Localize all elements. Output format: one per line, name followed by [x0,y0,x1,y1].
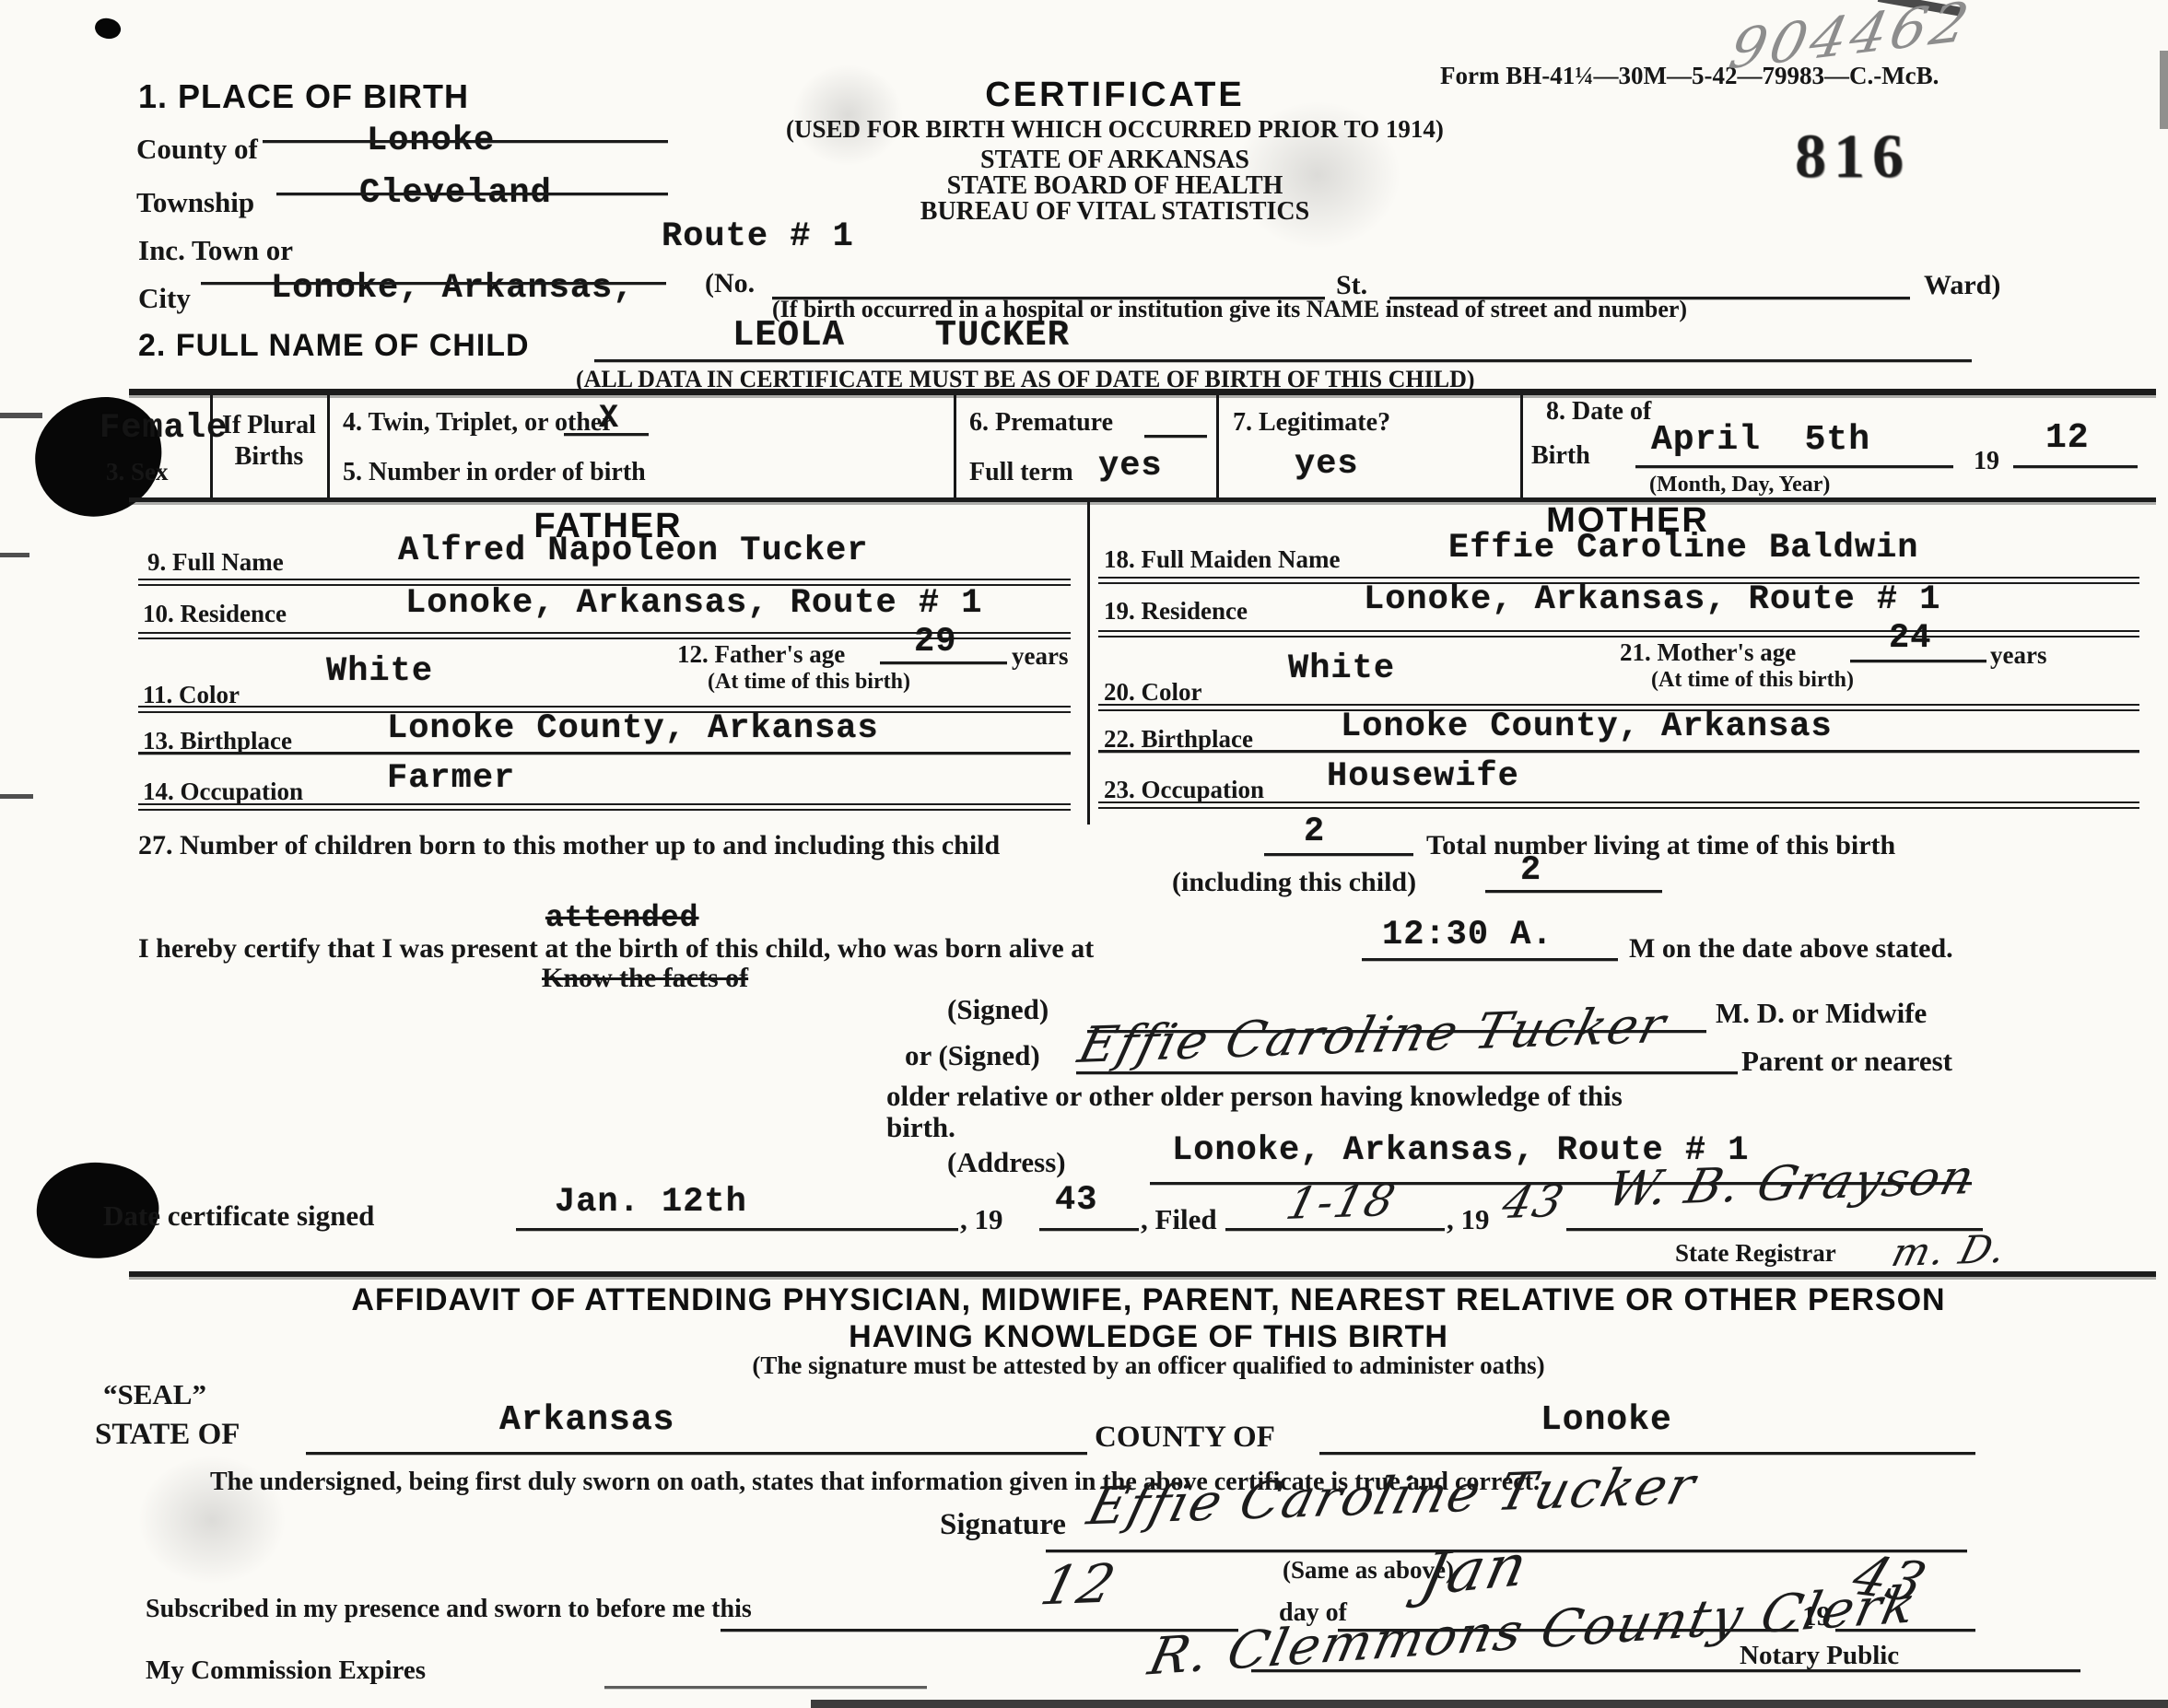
scan-margin-dash [0,553,29,557]
twin-label: 4. Twin, Triplet, or other [343,409,614,436]
mother-name-label: 18. Full Maiden Name [1104,546,1341,572]
registrar-md-script: m. D. [1888,1229,2011,1273]
child-name-label: 2. FULL NAME OF CHILD [138,330,530,363]
filed-label: , Filed [1141,1205,1217,1235]
twin-underline [564,433,649,436]
child-name-value: LEOLA TUCKER [732,317,1070,355]
county-underline [263,140,668,143]
section-rule [129,497,2156,502]
mother-birthplace-value: Lonoke County, Arkansas [1341,709,1833,745]
seal-label: “SEAL” [103,1380,206,1410]
certify-statement-tail: M on the date above stated. [1629,934,1953,964]
place-of-birth-heading: 1. PLACE OF BIRTH [138,79,469,114]
state-line: STATE OF ARKANSAS [700,146,1529,173]
county-of-value: Lonoke [1541,1402,1672,1439]
scan-bottom-band [811,1700,2168,1708]
certificate-title: CERTIFICATE [700,77,1529,114]
parent-note-line2: older relative or other older person hav… [886,1082,1623,1112]
child-name-underline [594,359,1972,362]
scan-margin-dash [0,413,42,418]
mother-color-value: White [1288,651,1395,687]
township-label: Township [136,188,254,218]
certificate-number-stamp: 816 [1795,123,1911,189]
premature-label: 6. Premature [969,409,1113,436]
dob-value: April 5th [1651,422,1870,459]
birth-time-underline [1362,958,1618,961]
notary-public-label: Notary Public [1740,1642,1899,1669]
struck-know-the-facts: Know the facts of [542,964,748,993]
birth-order-label: 5. Number in order of birth [343,459,646,485]
father-occupation-underline [138,803,1071,811]
or-signed-label: or (Signed) [905,1041,1040,1071]
inc-town-label: Inc. Town or [138,236,293,266]
parent-note-right: Parent or nearest [1741,1047,1952,1077]
bureau-line: BUREAU OF VITAL STATISTICS [700,198,1529,225]
state-of-label: STATE OF [95,1419,240,1451]
affidavit-title-line1: AFFIDAVIT OF ATTENDING PHYSICIAN, MIDWIF… [129,1284,2168,1317]
no-label: (No. [705,269,755,298]
mother-residence-underline [1098,630,2139,638]
parent-signature: Effie Caroline Tucker [1073,1000,1672,1072]
dob-birth-label: Birth [1531,442,1590,469]
signed-year-prefix: , 19 [960,1205,1003,1235]
dob-year-prefix: 19 [1974,448,1999,474]
including-label: (including this child) [1172,868,1416,897]
legitimate-label: 7. Legitimate? [1233,409,1390,436]
father-name-value: Alfred Napoleon Tucker [398,533,868,569]
mother-occupation-value: Housewife [1327,759,1519,795]
month-script: Jan [1415,1535,1534,1607]
filed-year-prefix: , 19 [1447,1205,1490,1235]
column-divider [1087,502,1090,825]
state-of-underline [306,1452,1087,1455]
father-age-underline [880,661,1007,664]
signed-year-value: 43 [1055,1183,1097,1219]
signature-label: Signature [940,1509,1066,1541]
state-registrar-label: State Registrar [1675,1240,1836,1266]
mother-residence-label: 19. Residence [1104,598,1248,624]
mother-occupation-label: 23. Occupation [1104,777,1264,802]
scan-edge-mark [2160,51,2168,129]
father-occupation-value: Farmer [387,761,515,797]
children-count-label: 27. Number of children born to this moth… [138,831,1000,860]
affidavit-title-line2: HAVING KNOWLEDGE OF THIS BIRTH [129,1321,2168,1354]
box-divider [327,395,330,497]
affidavit-rule [129,1271,2156,1277]
father-age-suffix: years [1012,643,1068,669]
commission-expires-label: My Commission Expires [146,1656,426,1684]
box-divider [1216,395,1219,497]
mother-age-suffix: years [1990,642,2046,668]
father-birthplace-underline [138,752,1071,755]
or-signed-underline [1076,1071,1738,1074]
including-value: 2 [1520,853,1541,889]
father-color-label: 11. Color [143,682,240,708]
filed-value: 1-18 [1282,1177,1401,1227]
county-label: County of [136,135,258,165]
signed-year-underline [1039,1228,1139,1231]
date-signed-label: Date certificate signed [103,1201,374,1232]
father-color-value: White [326,654,433,690]
mother-age-underline [1850,660,1986,662]
dob-year-underline [2013,465,2138,468]
date-signed-value: Jan. 12th [555,1185,747,1221]
birth-time-value: 12:30 A. [1382,918,1553,953]
affidavit-note: (The signature must be attested by an of… [129,1352,2168,1378]
mother-age-value: 24 [1889,621,1931,657]
father-residence-value: Lonoke, Arkansas, Route # 1 [405,586,983,622]
children-count-value: 2 [1304,814,1325,850]
mother-birthplace-label: 22. Birthplace [1104,726,1253,752]
full-term-label: Full term [969,459,1073,485]
county-of-underline [1319,1452,1975,1455]
father-residence-label: 10. Residence [143,601,287,626]
city-underline [201,282,666,285]
children-living-label: Total number living at time of this birt… [1426,831,1895,860]
legitimate-value: yes [1295,447,1359,483]
ward-label: Ward) [1924,271,2000,300]
father-occupation-label: 14. Occupation [143,778,303,804]
subscribed-label: Subscribed in my presence and sworn to b… [146,1596,752,1622]
mother-color-label: 20. Color [1104,679,1201,705]
children-count-underline [1264,853,1413,856]
registrar-signature: W. B. Grayson [1602,1152,1980,1215]
father-name-label: 9. Full Name [147,549,284,575]
subscribed-day-value: 12 [1036,1556,1122,1615]
county-of-label: COUNTY OF [1095,1421,1275,1454]
twin-value: X [599,402,619,436]
filed-underline [1225,1228,1445,1231]
parent-note-line3: birth. [886,1113,955,1143]
sex-value: Female [100,411,228,447]
signed-label: (Signed) [947,995,1049,1025]
premature-underline [1144,435,1207,438]
md-midwife-label: M. D. or Midwife [1716,999,1927,1029]
sex-label: 3. Sex [106,459,169,485]
dob-label: 8. Date of [1546,398,1651,425]
dob-year-value: 12 [2045,420,2090,457]
filed-year-value: 43 [1497,1178,1569,1227]
mother-occupation-underline [1098,801,2139,809]
state-of-value: Arkansas [499,1402,674,1439]
section-rule [129,389,2156,395]
mother-age-note: (At time of this birth) [1651,669,1854,692]
birth-certificate-scan: Form BH-41¼—30M—5-42—79983—C.-McB. 90446… [0,0,2168,1708]
certify-statement-lead: I hereby certify that I was present at t… [138,934,1094,964]
township-underline [276,193,668,195]
box-divider [954,395,956,497]
mother-residence-value: Lonoke, Arkansas, Route # 1 [1364,582,1941,618]
notary-underline [1251,1669,2080,1672]
box-divider [1520,395,1523,497]
dob-underline [1635,465,1953,468]
father-age-note: (At time of this birth) [708,671,910,694]
plural-births-label: If Plural Births [216,410,322,472]
scan-margin-dash [0,794,33,799]
including-underline [1485,890,1662,893]
dob-note: (Month, Day, Year) [1649,474,1830,497]
ink-dot [92,15,123,42]
board-line: STATE BOARD OF HEALTH [700,172,1529,199]
commission-underline [604,1686,927,1689]
city-label: City [138,284,191,314]
mother-birthplace-underline [1098,750,2139,753]
mother-name-value: Effie Caroline Baldwin [1448,531,1918,567]
full-term-value: yes [1098,449,1163,485]
father-birthplace-label: 13. Birthplace [143,728,292,754]
address-label: (Address) [947,1148,1066,1178]
father-age-label: 12. Father's age [677,641,845,667]
father-age-value: 29 [914,625,956,661]
mother-age-label: 21. Mother's age [1620,639,1796,665]
certificate-subtitle: (USED FOR BIRTH WHICH OCCURRED PRIOR TO … [645,116,1585,142]
struck-attended: attended [545,903,698,935]
date-signed-underline [516,1228,958,1231]
city-value: Lonoke, Arkansas, [271,271,634,307]
father-birthplace-value: Lonoke County, Arkansas [387,711,879,747]
